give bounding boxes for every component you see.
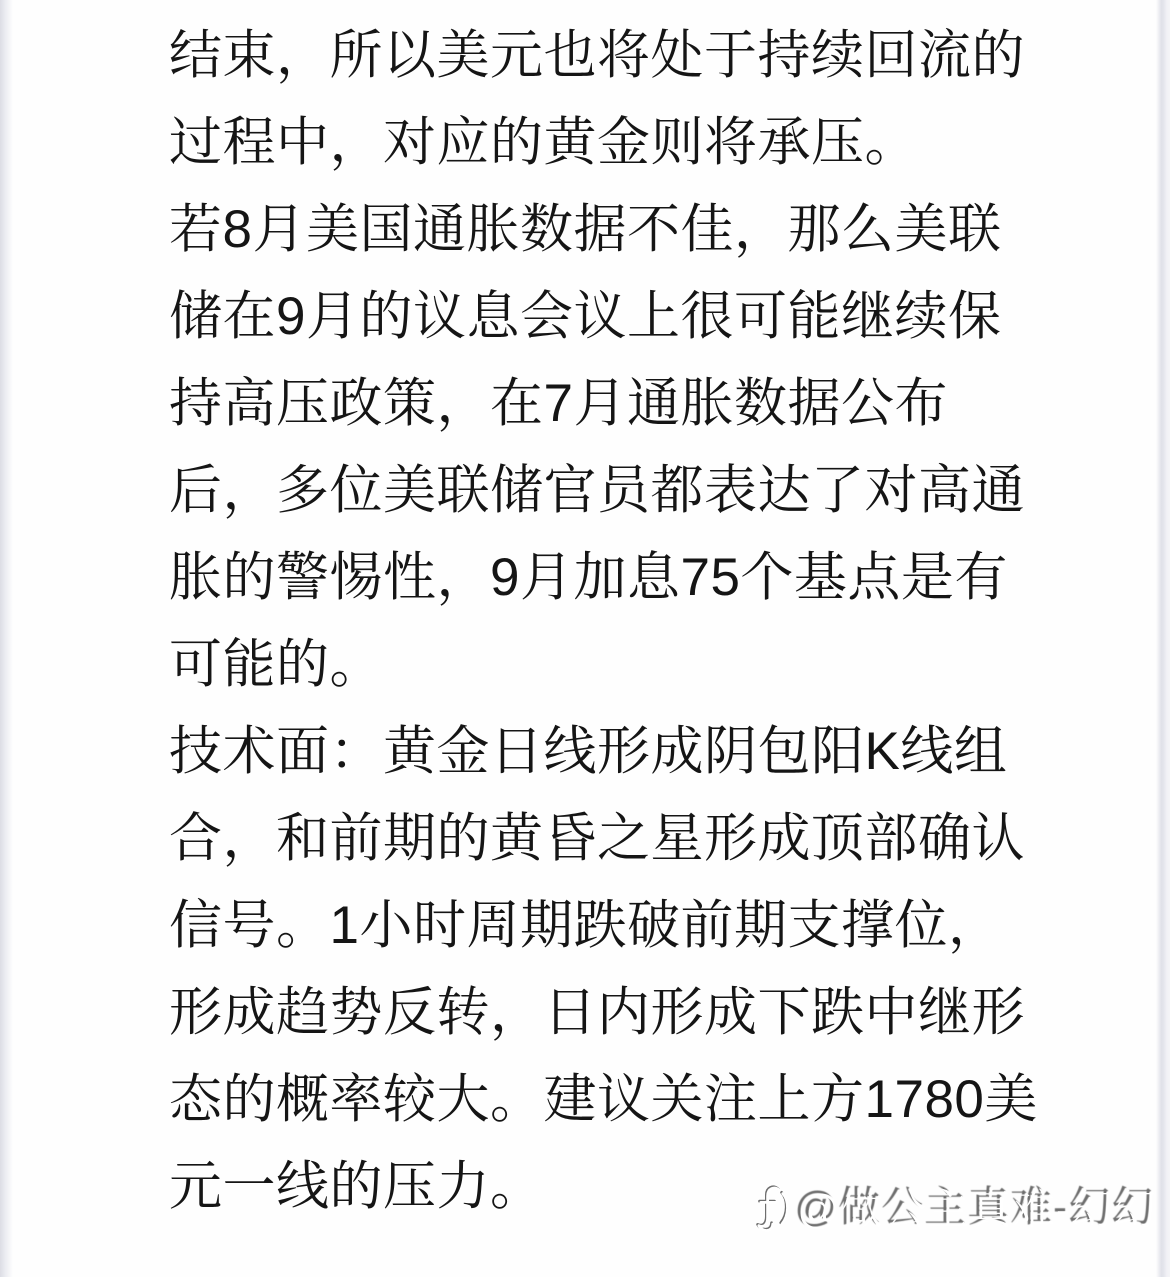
article-text: 结束，所以美元也将处于持续回流的 过程中，对应的黄金则将承压。 若8月美国通胀数… <box>169 12 1034 1230</box>
article-line: 若8月美国通胀数据不佳，那么美联 <box>169 186 1034 273</box>
article-line: 结束，所以美元也将处于持续回流的 <box>169 12 1034 99</box>
article-line: 形成趋势反转，日内形成下跌中继形 <box>169 969 1034 1056</box>
watermark-logo-icon <box>750 1183 794 1237</box>
article-line: 后，多位美联储官员都表达了对高通 <box>169 447 1034 534</box>
article-line: 技术面：黄金日线形成阴包阳K线组 <box>169 708 1034 795</box>
article-line: 态的概率较大。建议关注上方1780美 <box>169 1056 1034 1143</box>
right-page-edge <box>1156 0 1170 1277</box>
article-line: 过程中，对应的黄金则将承压。 <box>169 99 1034 186</box>
article-line: 持高压政策，在7月通胀数据公布 <box>169 360 1034 447</box>
article-line: 储在9月的议息会议上很可能继续保 <box>169 273 1034 360</box>
watermark-handle: @做公主真难-幻幻 <box>797 1183 1157 1237</box>
left-page-edge <box>0 0 13 1277</box>
page: { "theme": { "page_background": "#fefefe… <box>0 0 1170 1277</box>
article-line: 合，和前期的黄昏之星形成顶部确认 <box>169 795 1034 882</box>
article-line: 胀的警惕性，9月加息75个基点是有 <box>169 534 1034 621</box>
article-line: 可能的。 <box>169 621 1034 708</box>
watermark: @做公主真难-幻幻 <box>750 1183 1157 1237</box>
article-line: 信号。1小时周期跌破前期支撑位， <box>169 882 1034 969</box>
